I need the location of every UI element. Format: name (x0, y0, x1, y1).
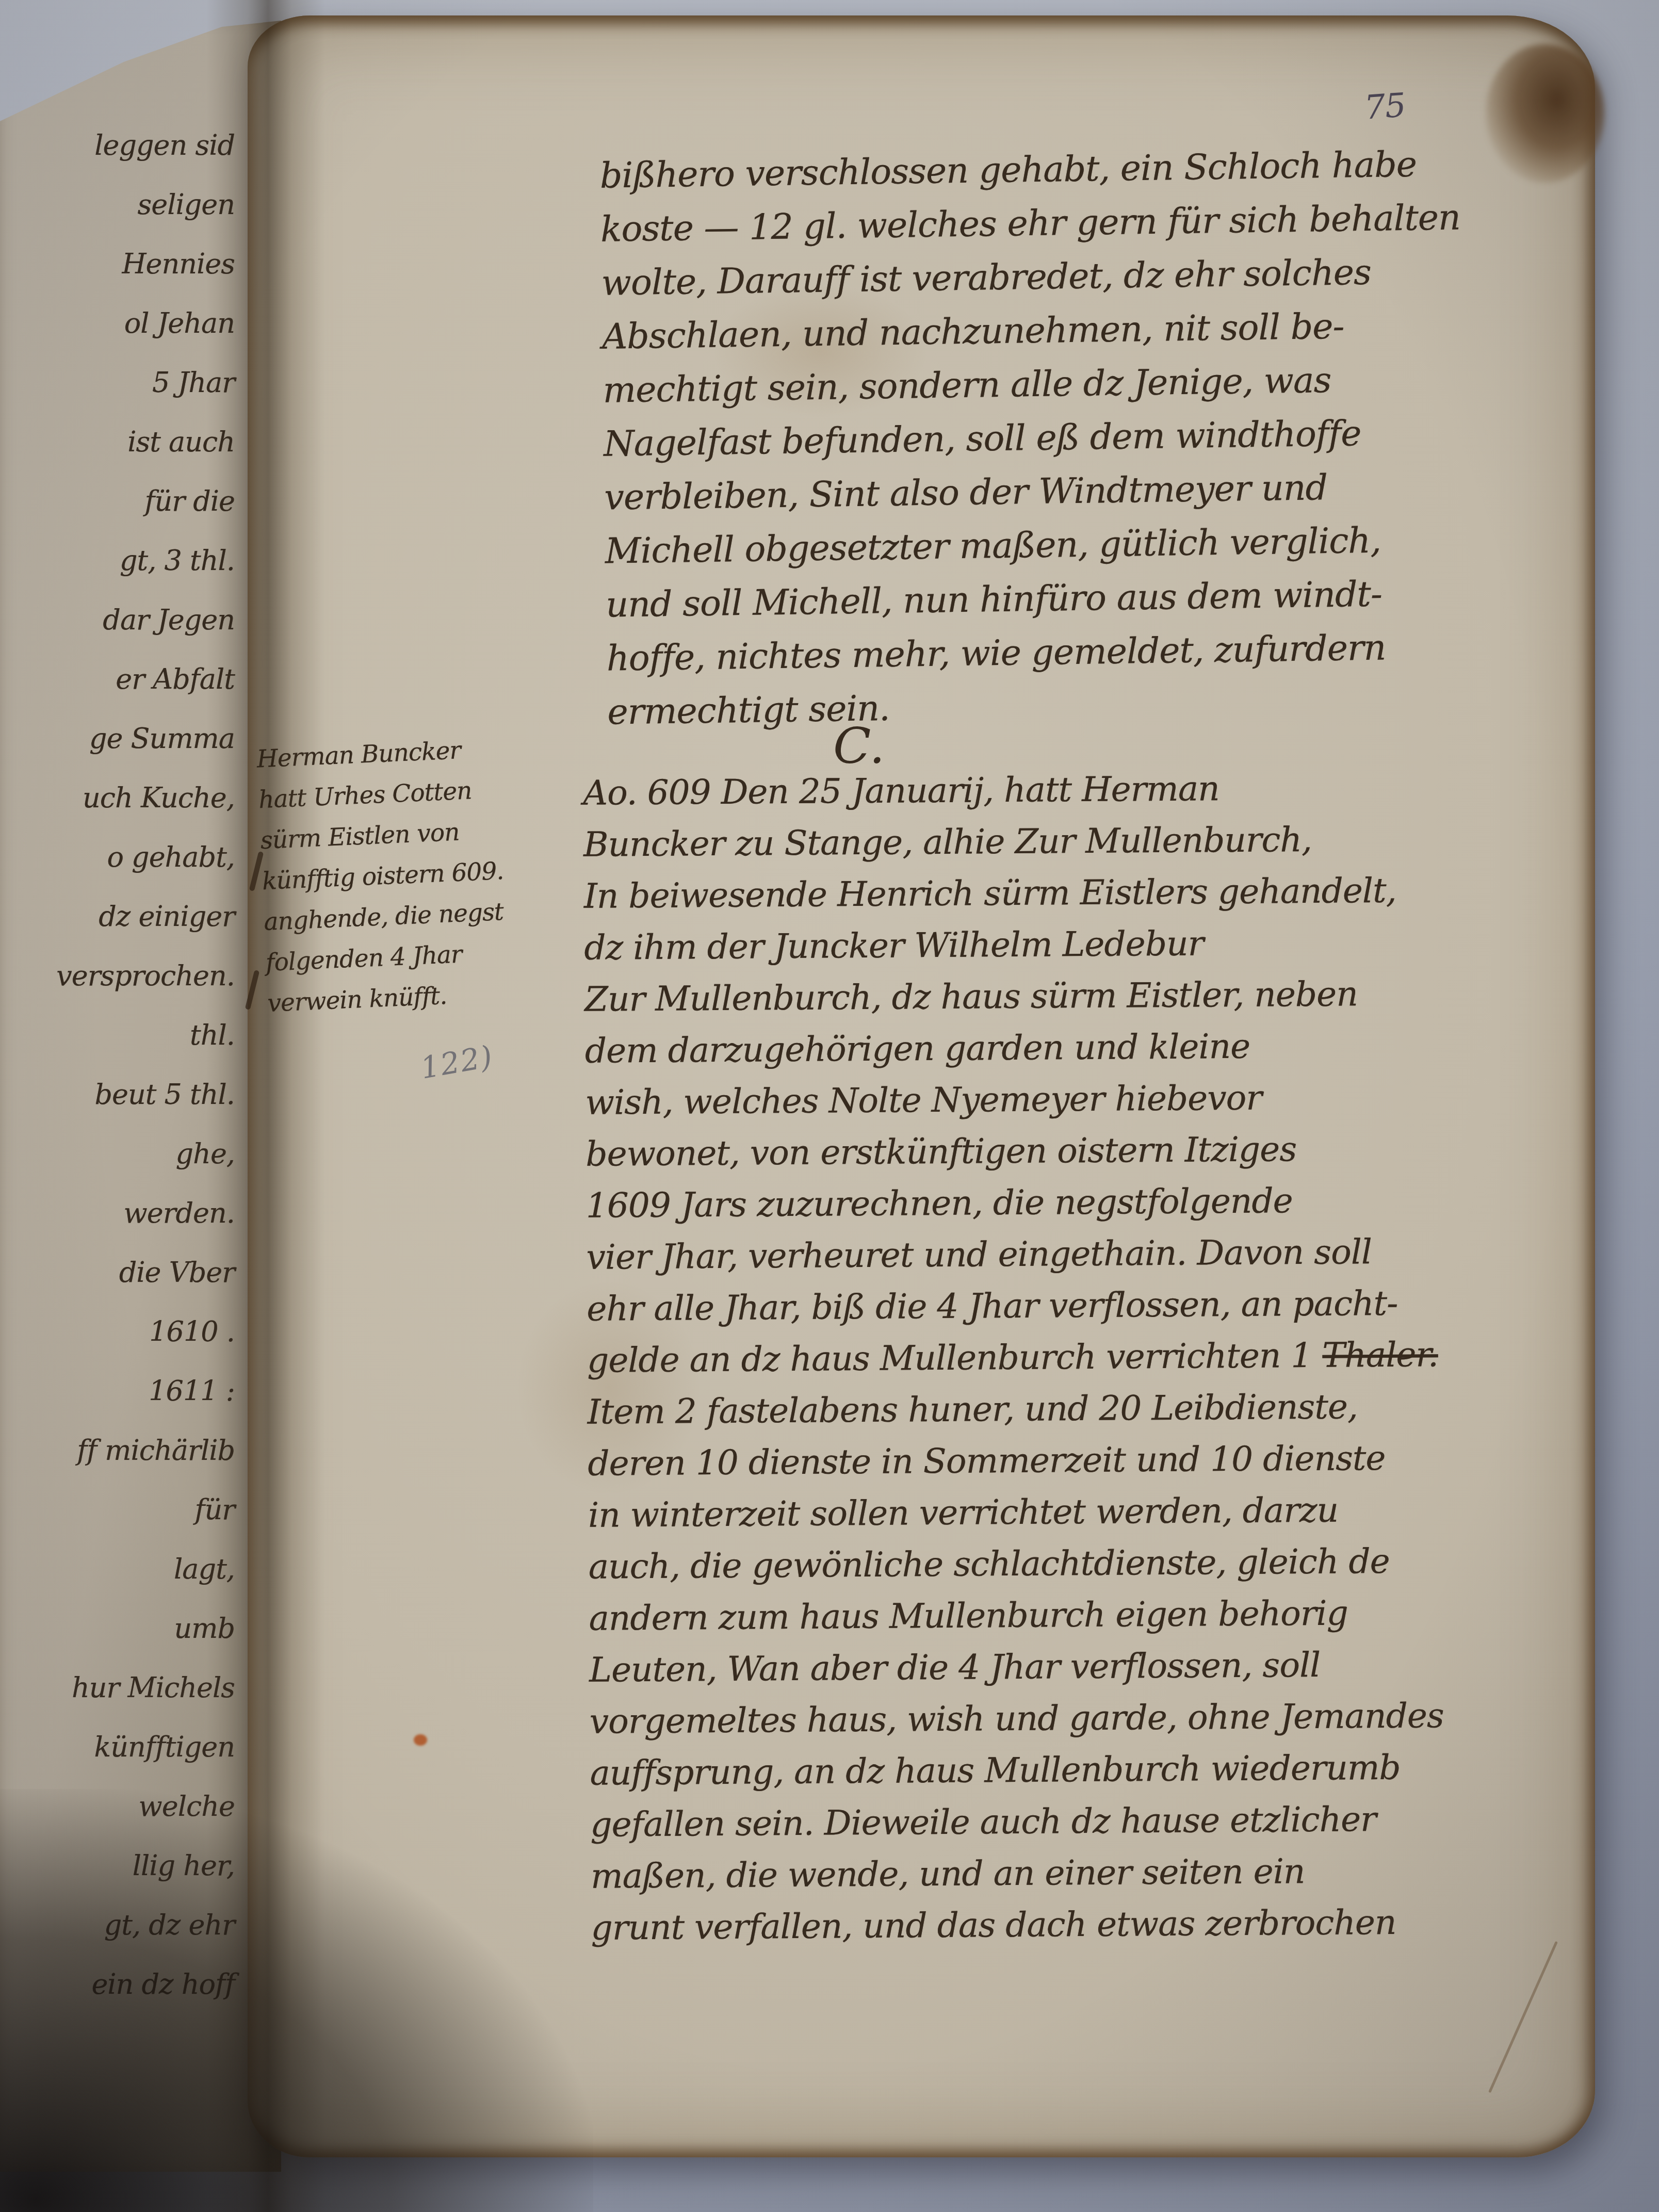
manuscript-line: maßen, die wende, und an einer seiten ei… (591, 1845, 1445, 1902)
rust-spot (414, 1734, 427, 1746)
left-page-line: ghe, (176, 1137, 235, 1170)
left-page-line: er Abfalt (116, 663, 235, 695)
left-page-line: versprochen. (56, 959, 235, 992)
left-page-line: umb (174, 1612, 235, 1645)
manuscript-line: deren 10 dienste in Sommerzeit und 10 di… (588, 1432, 1442, 1490)
page-number: 75 (1363, 86, 1407, 127)
manuscript-line: bewonet, von erstkünftigen oistern Itzig… (585, 1123, 1440, 1180)
paragraph-1: bißhero verschlossen gehabt, ein Schloch… (599, 137, 1467, 739)
manuscript-line: gelde an dz haus Mullenburch verrichten … (587, 1329, 1441, 1387)
left-page-line: künfftigen (94, 1731, 235, 1763)
left-page-line: dar Jegen (103, 604, 235, 636)
left-page-line: 5 Jhar (152, 366, 235, 399)
left-page-line: ff michärlib (77, 1434, 235, 1467)
left-page-line: gt, dz ehr (104, 1909, 235, 1941)
archival-number: 122) (418, 1038, 496, 1086)
left-page-line: uch Kuche, (83, 782, 235, 814)
left-page-line: o gehabt, (107, 841, 235, 873)
left-page-line: dz einiger (99, 900, 235, 933)
manuscript-line: Leuten, Wan aber die 4 Jhar verflossen, … (589, 1638, 1443, 1696)
left-page-line: thl. (190, 1019, 235, 1051)
manuscript-line: Ao. 609 Den 25 Januarij, hatt Herman (583, 761, 1437, 819)
left-page-line: lagt, (174, 1553, 235, 1585)
manuscript-line: vorgemeltes haus, wish und garde, ohne J… (590, 1690, 1444, 1748)
manuscript-line: auffsprung, an dz haus Mullenburch wiede… (590, 1742, 1444, 1799)
left-page-line: 1610 . (149, 1315, 235, 1348)
manuscript-line: vier Jhar, verheuret und eingethain. Dav… (586, 1226, 1440, 1283)
right-page: 75 bißhero verschlossen gehabt, ein Schl… (248, 15, 1595, 2157)
left-page-line: werden. (124, 1197, 235, 1229)
left-page-line: ist auch (127, 426, 235, 458)
left-page-line: 1611 : (149, 1375, 235, 1407)
left-page-line: seligen (137, 188, 235, 221)
left-page-line: für die (144, 485, 235, 517)
manuscript-line: ermechtigt sein. (607, 674, 1468, 739)
manuscript-line: auch, die gewönliche schlachtdienste, gl… (588, 1535, 1442, 1593)
left-page-line: Hennies (122, 248, 235, 280)
manuscript-line: 1609 Jars zuzurechnen, die negstfolgende (586, 1174, 1440, 1232)
manuscript-line: dem darzugehörigen garden und kleine (584, 1019, 1439, 1077)
manuscript-line: in winterzeit sollen verrichtet werden, … (588, 1484, 1442, 1541)
manuscript-photo: leggen sid seligen Hennies ol Jehan 5 Jh… (0, 0, 1659, 2212)
left-page-line: leggen sid (94, 129, 235, 161)
paragraph-2: Ao. 609 Den 25 Januarij, hatt Herman Bun… (583, 761, 1445, 1954)
manuscript-line: In beiwesende Henrich sürm Eistlers geha… (583, 865, 1438, 922)
left-page-line: llig her, (133, 1849, 235, 1882)
manuscript-line: Item 2 fastelabens huner, und 20 Leibdie… (587, 1380, 1441, 1438)
left-page-line: für (194, 1493, 235, 1526)
margin-note: Herman Buncker hatt Urhes Cotten sürm Ei… (256, 728, 510, 1024)
manuscript-line: Zur Mullenburch, dz haus sürm Eistler, n… (584, 968, 1439, 1026)
manuscript-line: gefallen sein. Dieweile auch dz hause et… (590, 1793, 1444, 1851)
struck-word: Thaler. (1322, 1335, 1438, 1375)
manuscript-line: grunt verfallen, und das dach etwas zerb… (591, 1896, 1445, 1954)
burn-stain (1486, 44, 1604, 183)
manuscript-line: wish, welches Nolte Nyemeyer hiebevor (585, 1071, 1439, 1129)
manuscript-line: andern zum haus Mullenburch eigen behori… (589, 1587, 1443, 1645)
manuscript-line-text: gelde an dz haus Mullenburch verrichten … (587, 1336, 1323, 1380)
left-page-line: die Vber (119, 1256, 235, 1289)
manuscript-line: Buncker zu Stange, alhie Zur Mullenburch… (583, 813, 1438, 871)
left-page-line: beut 5 thl. (94, 1078, 235, 1111)
left-page-line: welche (139, 1790, 235, 1823)
left-page-line: ol Jehan (124, 307, 235, 339)
manuscript-line: dz ihm der Juncker Wilhelm Ledebur (584, 916, 1438, 974)
left-page-line: hur Michels (72, 1671, 235, 1704)
left-page: leggen sid seligen Hennies ol Jehan 5 Jh… (0, 0, 281, 2172)
left-page-line: gt, 3 thl. (120, 544, 235, 577)
left-page-line: ein dz hoff (91, 1968, 235, 2000)
manuscript-line: ehr alle Jhar, biß die 4 Jhar verflossen… (587, 1277, 1441, 1335)
left-page-line: ge Summa (89, 722, 235, 755)
paper-crease (1488, 1941, 1558, 2093)
